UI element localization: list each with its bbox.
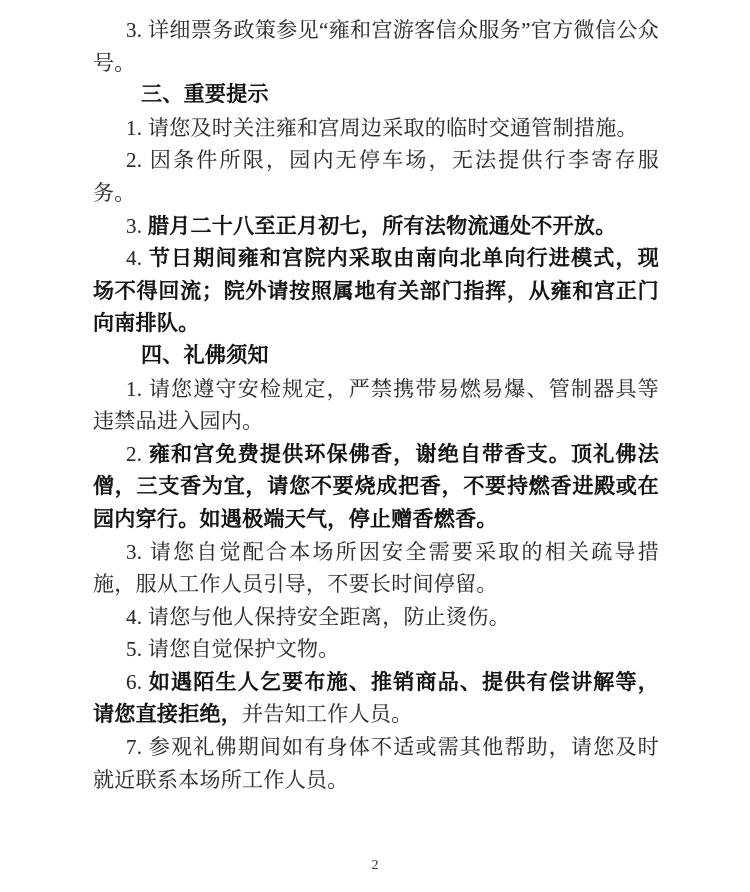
paragraph: 5. 请您自觉保护文物。 [93, 633, 659, 666]
paragraph: 1. 请您遵守安检规定，严禁携带易燃易爆、管制器具等违禁品进入园内。 [93, 373, 659, 438]
paragraph: 3. 请您自觉配合本场所因安全需要采取的相关疏导措施，服从工作人员引导，不要长时… [93, 536, 659, 601]
paragraph: 4. 节日期间雍和宫院内采取由南向北单向行进模式，现场不得回流；院外请按照属地有… [93, 242, 659, 340]
paragraph: 3. 腊月二十八至正月初七，所有法物流通处不开放。 [93, 210, 659, 243]
text-run: 2. 因条件所限，园内无停车场，无法提供行李寄存服务。 [93, 148, 659, 205]
document-viewport: { "colors": { "background": "#ffffff", "… [0, 0, 750, 892]
text-run: 3. 请您自觉配合本场所因安全需要采取的相关疏导措施，服从工作人员引导，不要长时… [93, 540, 659, 597]
text-run: 腊月二十八至正月初七，所有法物流通处不开放。 [148, 214, 617, 238]
paragraph: 2. 雍和宫免费提供环保佛香，谢绝自带香支。顶礼佛法僧，三支香为宜，请您不要烧成… [93, 438, 659, 536]
text-run: 2. [126, 442, 149, 466]
text-run: 并告知工作人员。 [242, 702, 412, 726]
paragraph: 3. 详细票务政策参见“雍和宫游客信众服务”官方微信公众号。 [93, 14, 659, 79]
paragraph: 2. 因条件所限，园内无停车场，无法提供行李寄存服务。 [93, 144, 659, 209]
paragraph: 7. 参观礼佛期间如有身体不适或需其他帮助，请您及时就近联系本场所工作人员。 [93, 731, 659, 796]
text-run: 四、礼佛须知 [141, 344, 269, 367]
text-run: 雍和宫免费提供环保佛香，谢绝自带香支。顶礼佛法僧，三支香为宜，请您不要烧成把香，… [93, 442, 659, 531]
text-run: 6. [126, 670, 149, 694]
text-run: 3. 详细票务政策参见“雍和宫游客信众服务”官方微信公众号。 [93, 18, 659, 75]
text-run: 三、重要提示 [141, 83, 269, 106]
section-heading: 三、重要提示 [93, 79, 659, 112]
page-number: 2 [0, 857, 750, 875]
paragraph: 4. 请您与他人保持安全距离，防止烫伤。 [93, 601, 659, 634]
document-body: 3. 详细票务政策参见“雍和宫游客信众服务”官方微信公众号。三、重要提示1. 请… [93, 14, 659, 796]
text-run: 1. 请您遵守安检规定，严禁携带易燃易爆、管制器具等违禁品进入园内。 [93, 377, 659, 434]
text-run: 7. 参观礼佛期间如有身体不适或需其他帮助，请您及时就近联系本场所工作人员。 [93, 735, 659, 792]
paragraph: 6. 如遇陌生人乞要布施、推销商品、提供有偿讲解等，请您直接拒绝，并告知工作人员… [93, 666, 659, 731]
text-run: 4. 请您与他人保持安全距离，防止烫伤。 [126, 605, 510, 629]
text-run: 4. [126, 246, 149, 270]
text-run: 5. 请您自觉保护文物。 [126, 637, 340, 661]
text-run: 3. [126, 214, 148, 238]
text-run: 节日期间雍和宫院内采取由南向北单向行进模式，现场不得回流；院外请按照属地有关部门… [93, 246, 659, 335]
section-heading: 四、礼佛须知 [93, 340, 659, 373]
document-page: 3. 详细票务政策参见“雍和宫游客信众服务”官方微信公众号。三、重要提示1. 请… [0, 0, 750, 892]
text-run: 1. 请您及时关注雍和宫周边采取的临时交通管制措施。 [126, 116, 638, 140]
paragraph: 1. 请您及时关注雍和宫周边采取的临时交通管制措施。 [93, 112, 659, 145]
